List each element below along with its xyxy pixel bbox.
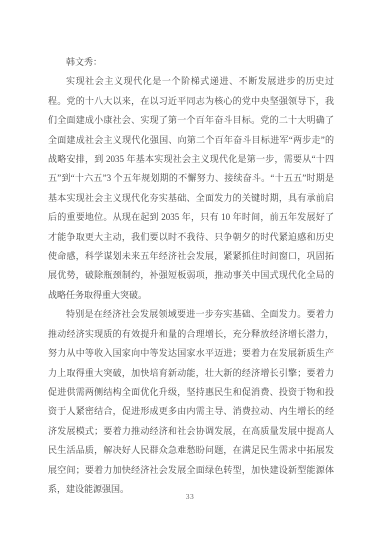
document-page: 韩文秀： 实现社会主义现代化是一个阶梯式递进、不断发展进步的历史过程。党的十八大… bbox=[0, 0, 380, 537]
paragraph-2: 特别是在经济社会发展领域要进一步夯实基础、全面发力。要着力推动经济实现质的有效提… bbox=[48, 305, 334, 499]
speaker-heading: 韩文秀： bbox=[48, 53, 334, 72]
page-number: 33 bbox=[0, 492, 380, 501]
paragraph-1: 实现社会主义现代化是一个阶梯式递进、不断发展进步的历史过程。党的十八大以来，在以… bbox=[48, 72, 334, 305]
document-body: 韩文秀： 实现社会主义现代化是一个阶梯式递进、不断发展进步的历史过程。党的十八大… bbox=[48, 53, 334, 499]
